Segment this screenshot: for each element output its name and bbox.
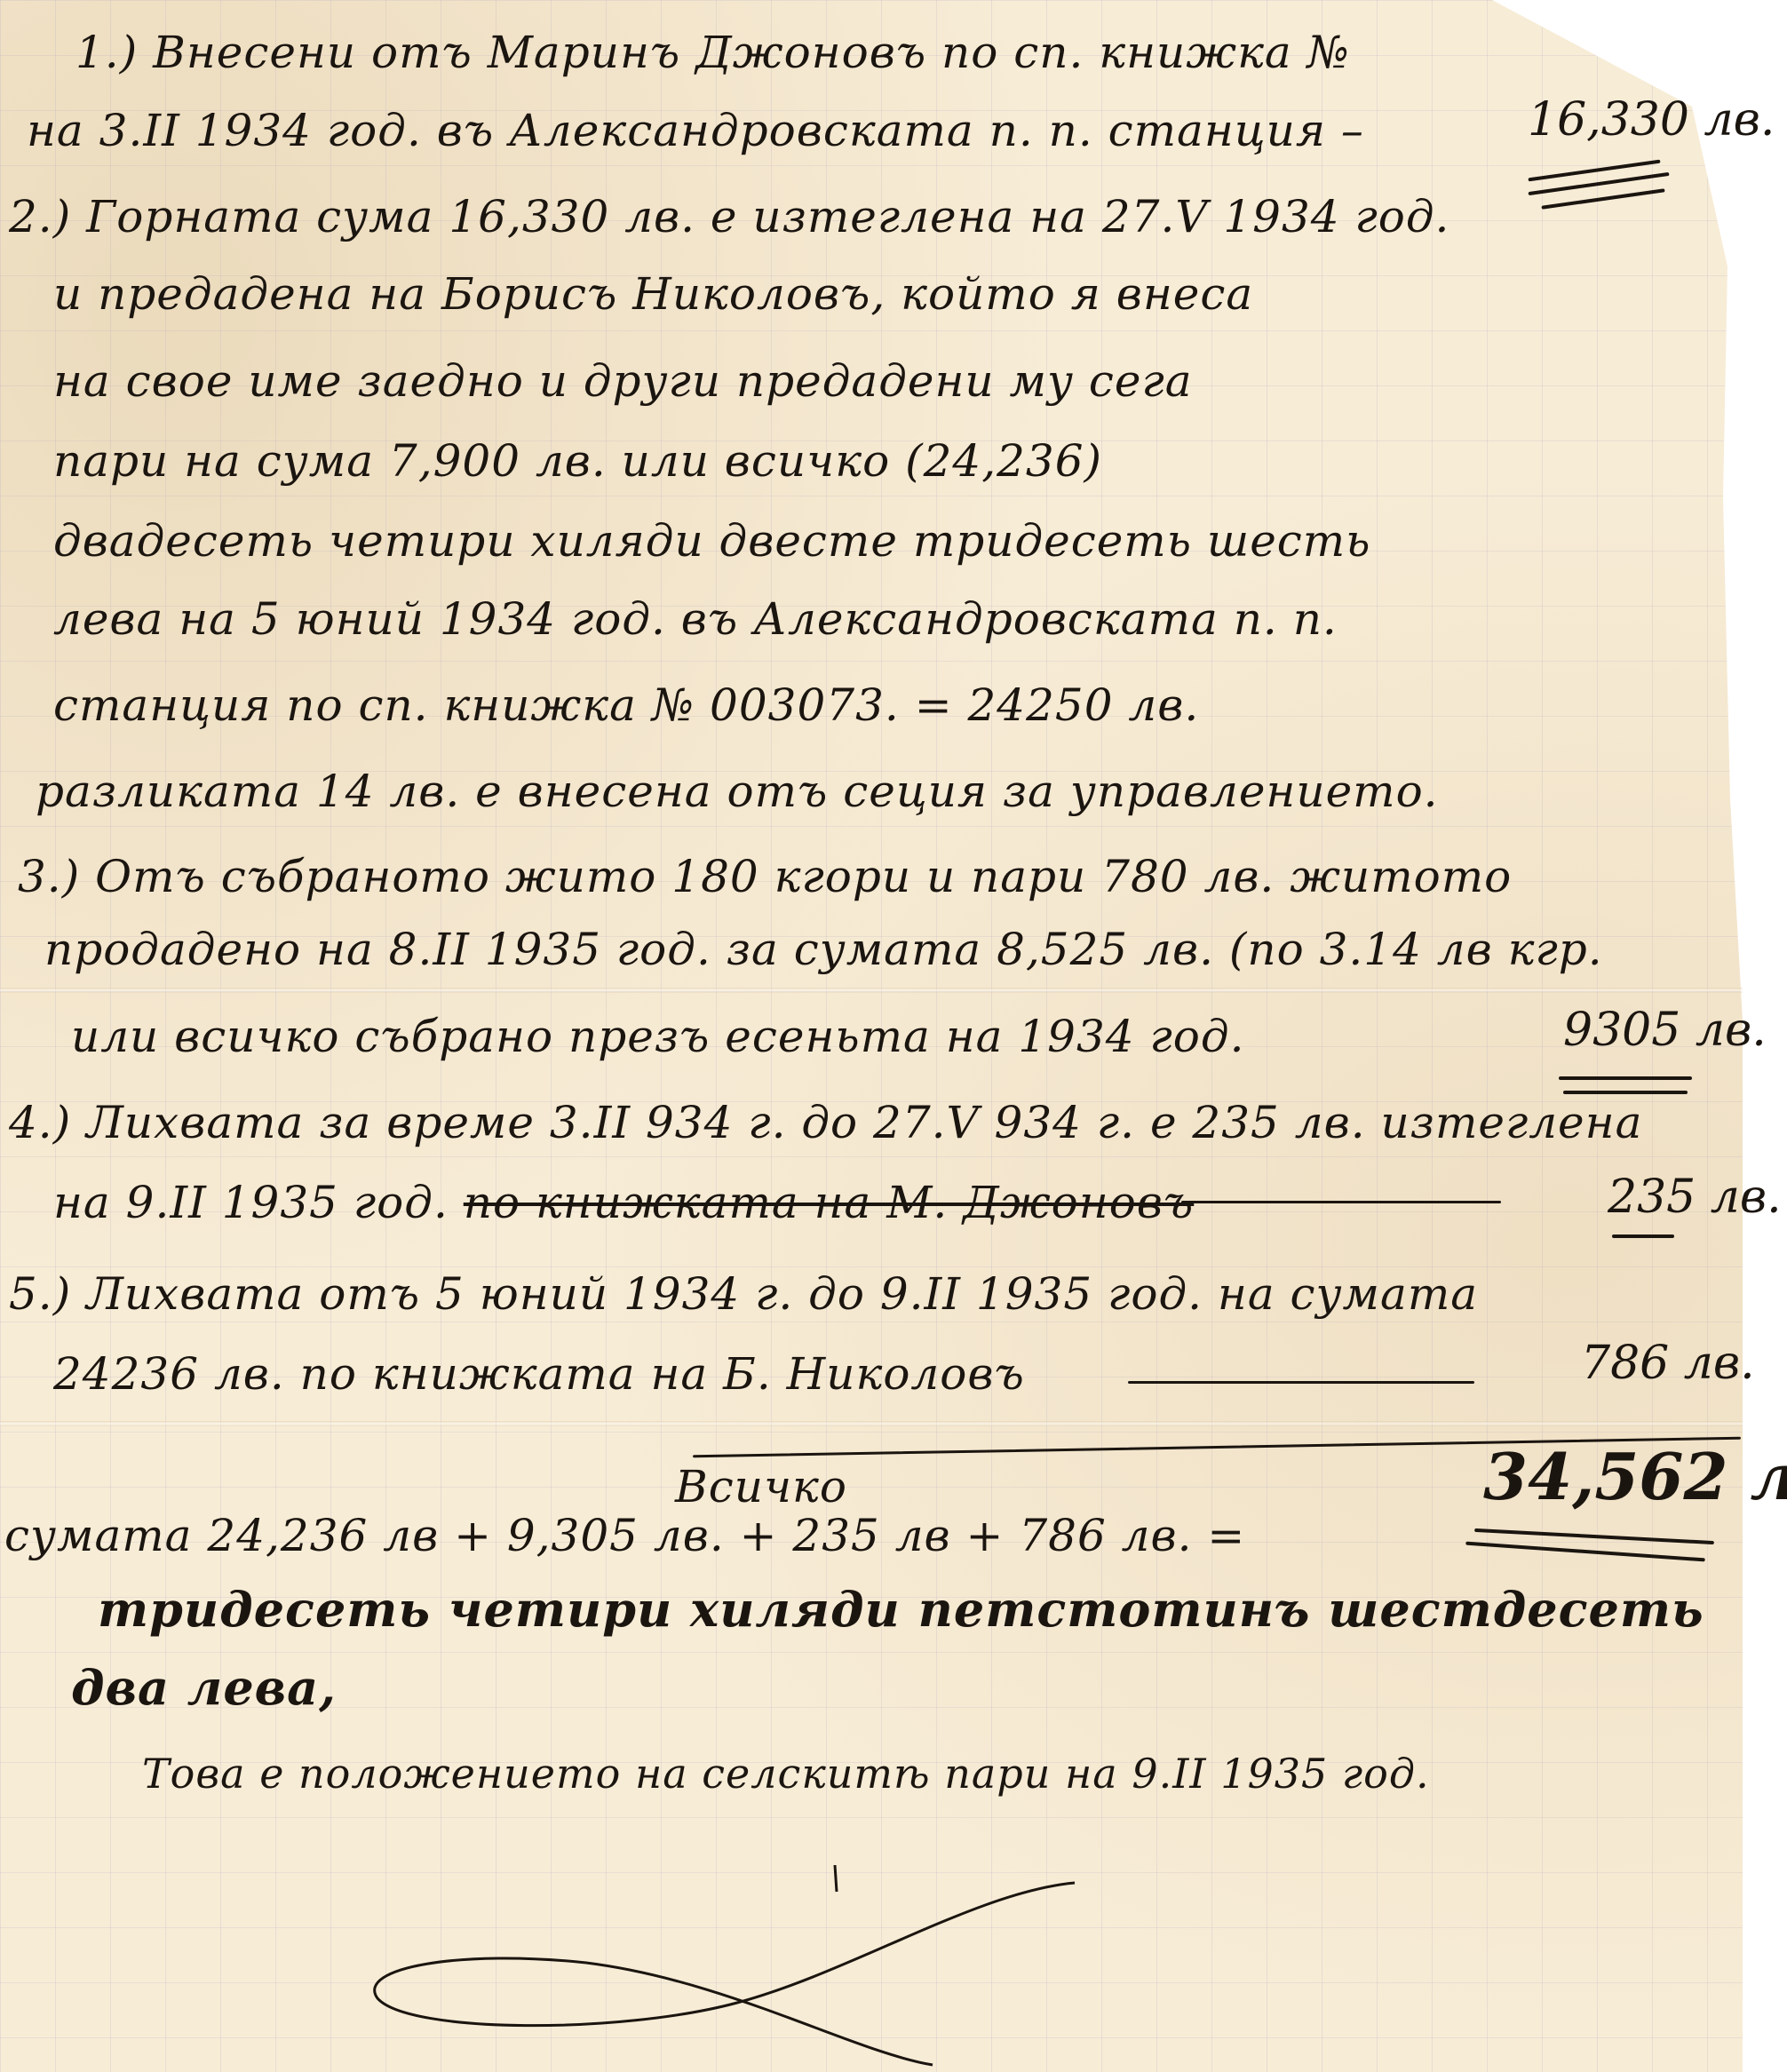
- entry-1-line-1: 1.) Внесени отъ Маринъ Джоновъ по сп. кн…: [75, 27, 1350, 78]
- entry-1-line-2: на 3.II 1934 год. въ Александровската п.…: [27, 105, 1364, 156]
- entry-5-line-2: 24236 лв. по книжката на Б. Николовъ: [53, 1348, 1025, 1400]
- entry-5-amount: 786 лв.: [1581, 1337, 1755, 1390]
- entry-3-line-2: продадено на 8.II 1935 год. за сумата 8,…: [44, 924, 1603, 975]
- total-words-line-2: два лева,: [71, 1659, 337, 1716]
- total-words-line-1: тридесеть четири хиляди петстотинъ шестд…: [98, 1581, 1704, 1638]
- amount-underline: [1559, 1076, 1692, 1080]
- entry-3-line-1: 3.) Отъ събраното жито 180 кгори и пари …: [18, 851, 1512, 902]
- total-heading: Всичко: [675, 1461, 847, 1512]
- total-amount: 34,562 лв.: [1483, 1439, 1787, 1514]
- fill-line: [1128, 1381, 1474, 1384]
- entry-2-line-6: лева на 5 юний 1934 год. въ Александровс…: [53, 593, 1338, 645]
- closing-statement: Това е положението на селскитѣ пари на 9…: [142, 1750, 1430, 1798]
- entry-4-struck-text: по книжката на М. Джоновъ: [464, 1177, 1195, 1228]
- entry-2-line-2: и предадена на Борисъ Николовъ, който я …: [53, 268, 1253, 320]
- entry-5-line-1: 5.) Лихвата отъ 5 юний 1934 г. до 9.II 1…: [9, 1268, 1478, 1320]
- entry-4-text: на 9.II 1935 год.: [53, 1177, 449, 1228]
- entry-2-line-7: станция по сп. книжка № 003073. = 24250 …: [53, 679, 1199, 731]
- entry-2-line-4: пари на сума 7,900 лв. или всичко (24,23…: [53, 435, 1102, 487]
- entry-3-line-3: или всичко събрано презъ есеньта на 1934…: [71, 1011, 1244, 1062]
- entry-2-line-8: разликата 14 лв. е внесена отъ сеция за …: [36, 766, 1439, 817]
- paper-fold: [0, 988, 1743, 993]
- entry-2-line-1: 2.) Горната сума 16,330 лв. е изтеглена …: [9, 191, 1449, 242]
- entry-4-line-1: 4.) Лихвата за време 3.II 934 г. до 27.V…: [9, 1097, 1642, 1148]
- amount-underline: [1563, 1091, 1688, 1094]
- entry-3-amount: 9305 лв.: [1563, 1004, 1767, 1057]
- entry-2-line-5: двадесеть четири хиляди двесте тридесеть…: [53, 515, 1370, 567]
- total-sum-line: сумата 24,236 лв + 9,305 лв. + 235 лв + …: [4, 1510, 1245, 1561]
- entry-2-line-3: на свое име заедно и други предадени му …: [53, 355, 1193, 407]
- entry-1-amount: 16,330 лв.: [1528, 93, 1775, 147]
- fill-line: [1181, 1201, 1501, 1203]
- paper-fold: [0, 1421, 1743, 1426]
- amount-underline: [1612, 1234, 1674, 1238]
- entry-4-line-2: на 9.II 1935 год. по книжката на М. Джон…: [53, 1177, 1194, 1228]
- signature-flourish: [355, 1865, 1243, 2069]
- entry-4-amount: 235 лв.: [1608, 1171, 1782, 1224]
